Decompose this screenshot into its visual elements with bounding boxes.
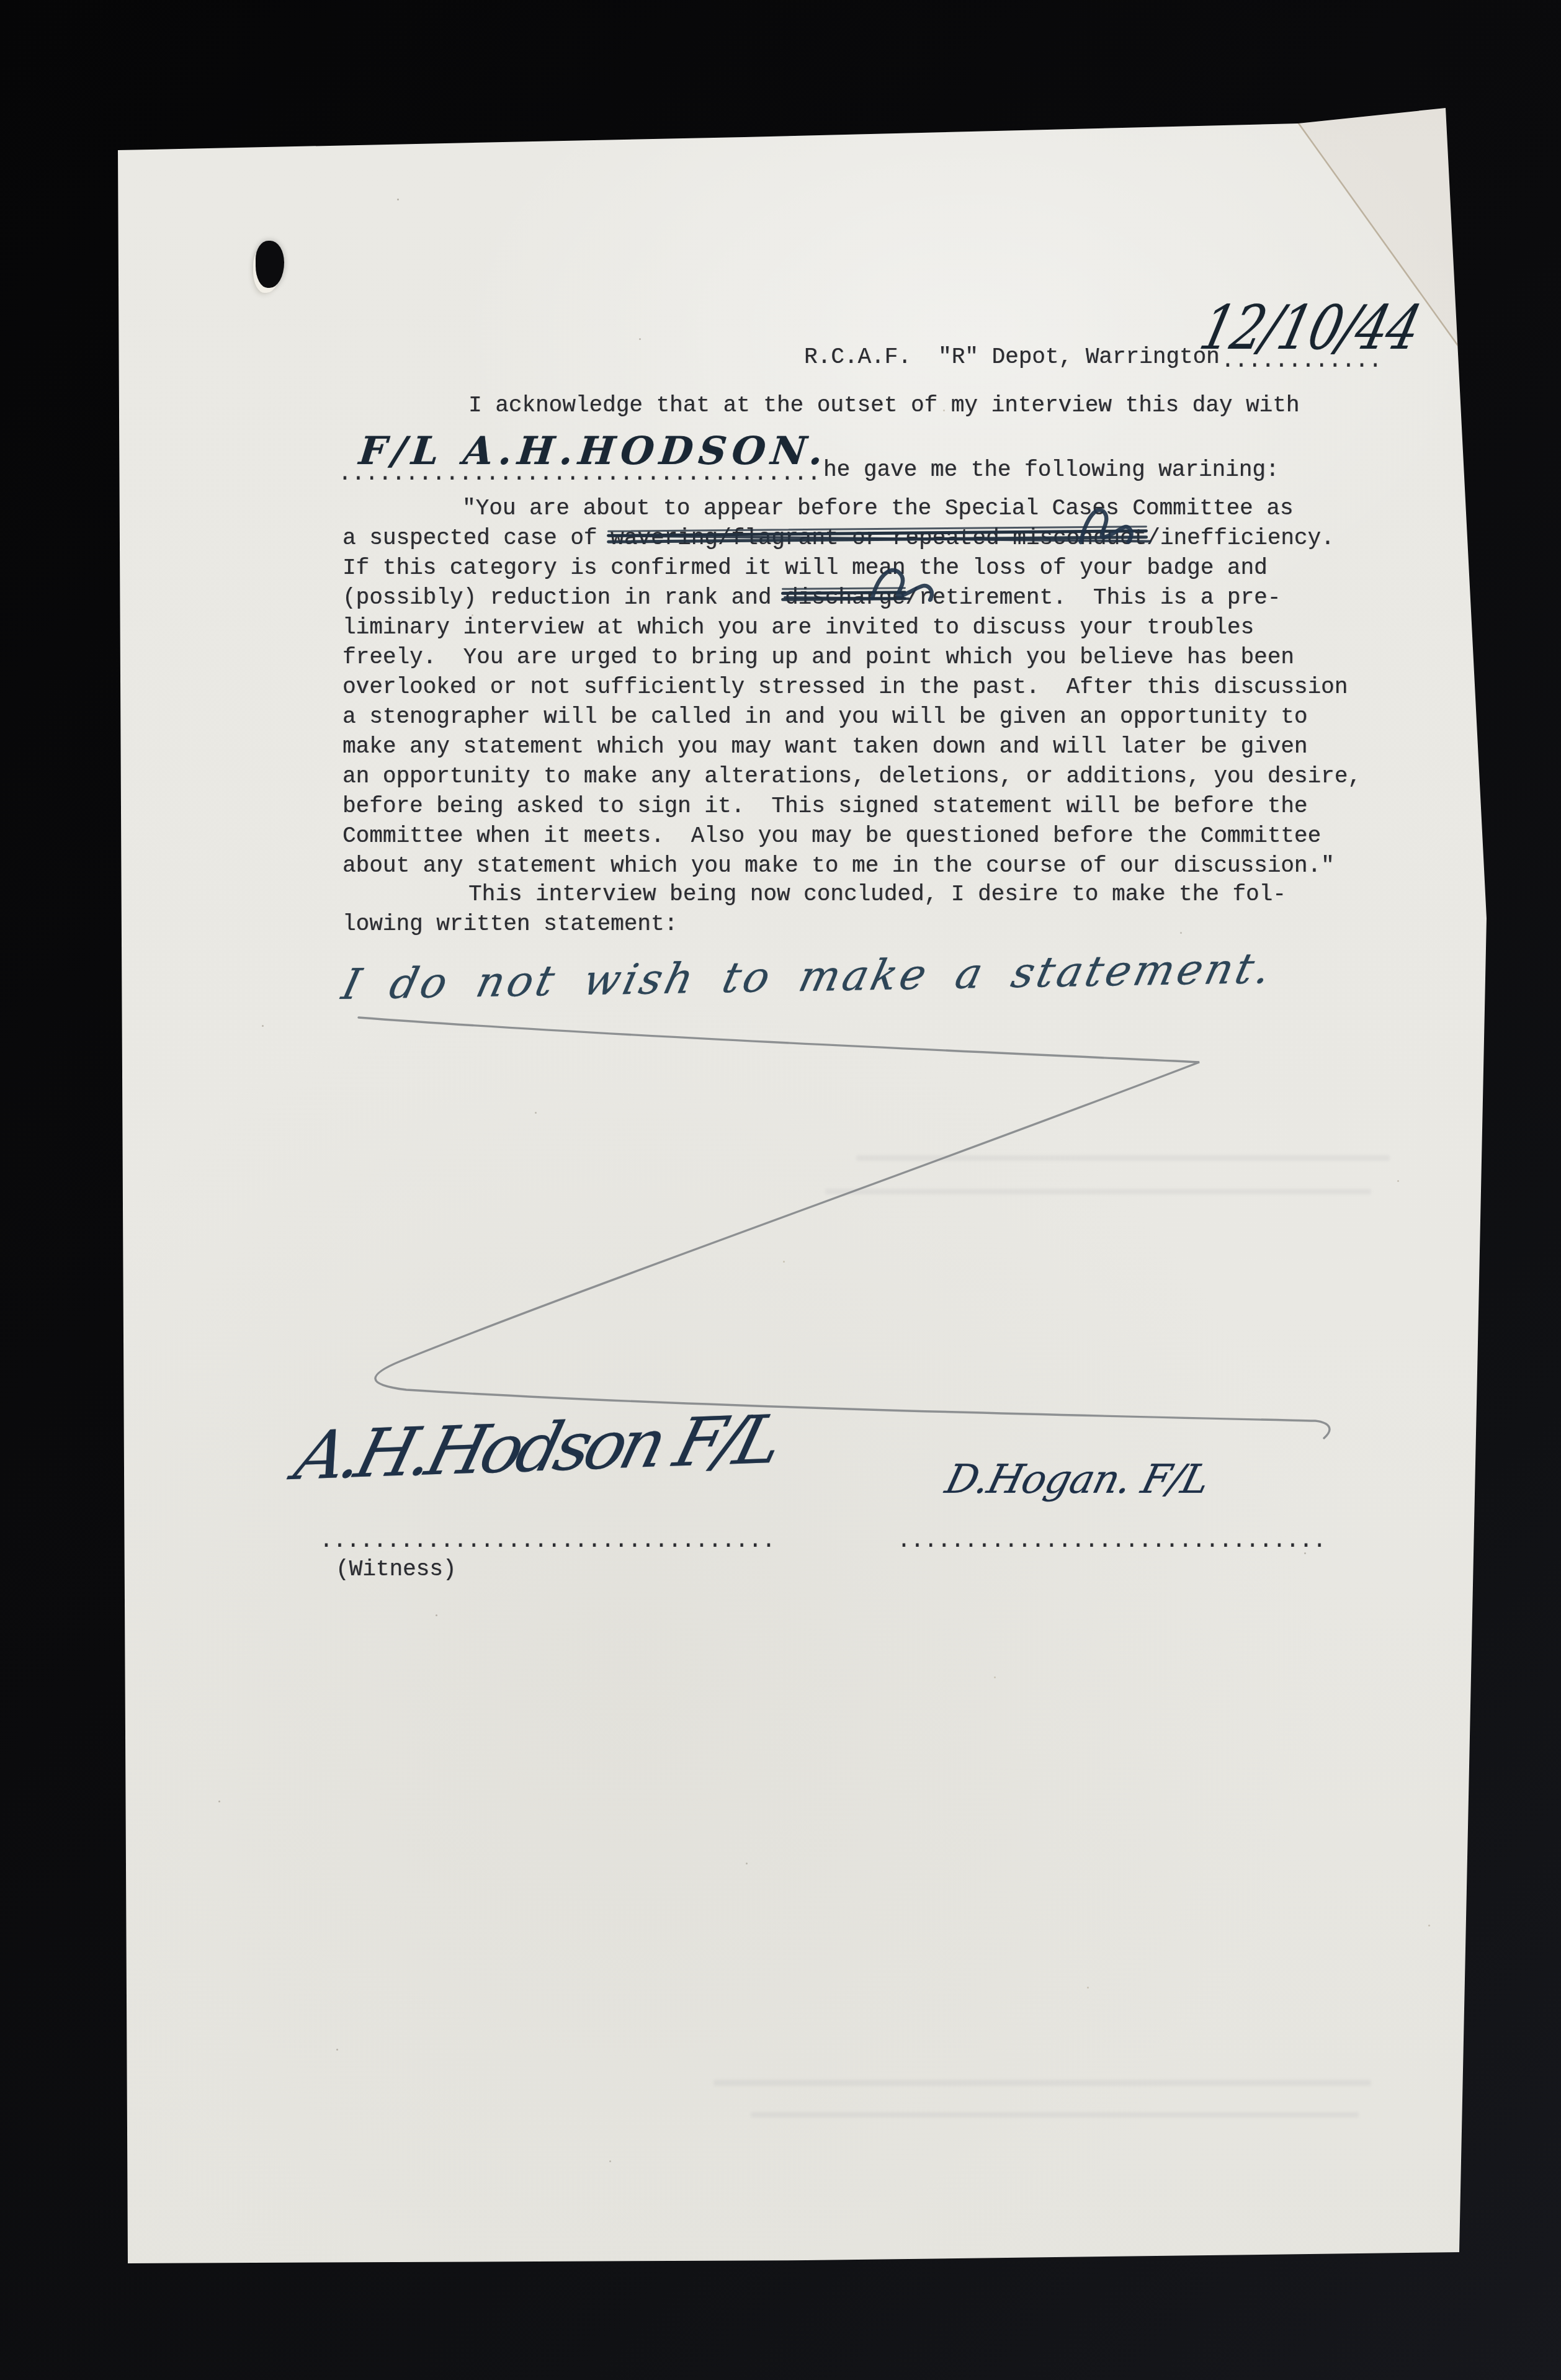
officer-signature: D.Hogan. F/L bbox=[941, 1457, 1214, 1503]
struck-text-misconduct: wavering/flagrant or repeated misconduct bbox=[611, 524, 1147, 553]
closing-line-2: lowing written statement: bbox=[342, 910, 678, 939]
pencil-zigzag-line bbox=[359, 1018, 1330, 1438]
punch-hole bbox=[256, 241, 284, 288]
warning-line-2: a suspected case of wavering/flagrant or… bbox=[342, 524, 1335, 553]
statement-handwritten: I do not wish to make a statement. bbox=[338, 944, 1279, 1009]
fold-crease-shade bbox=[1297, 108, 1468, 447]
header-location: R.C.A.F. "R" Depot, Warrington bbox=[804, 342, 1220, 372]
bleedthrough-line bbox=[825, 1189, 1371, 1194]
warning-line-3: If this category is confirmed it will me… bbox=[342, 553, 1268, 583]
document-page: R.C.A.F. "R" Depot, Warrington .........… bbox=[0, 0, 1561, 2380]
paper-specks bbox=[0, 0, 2, 2]
fold-crease-line-faint bbox=[1459, 347, 1473, 484]
scan-background: R.C.A.F. "R" Depot, Warrington .........… bbox=[0, 0, 1561, 2380]
after-name-text: he gave me the following warining: bbox=[823, 455, 1279, 485]
interviewer-name-handwritten: F/L A.H.HODSON. bbox=[357, 428, 831, 473]
warning-line-6: freely. You are urged to bring up and po… bbox=[342, 643, 1294, 673]
warning-line-12: Committee when it meets. Also you may be… bbox=[342, 821, 1321, 851]
warning-line-1: "You are about to appear before the Spec… bbox=[462, 494, 1293, 524]
warning-line-9: make any statement which you may want ta… bbox=[342, 732, 1307, 762]
warning-line-13: about any statement which you make to me… bbox=[342, 851, 1335, 881]
warning-line-7: overlooked or not sufficiently stressed … bbox=[342, 673, 1348, 702]
warning-line-5: liminary interview at which you are invi… bbox=[342, 613, 1254, 643]
bleedthrough-line bbox=[713, 2080, 1371, 2086]
warning-line-2-pre: a suspected case of bbox=[342, 526, 611, 551]
warning-line-8: a stenographer will be called in and you… bbox=[342, 702, 1307, 732]
warning-line-10: an opportunity to make any alterations, … bbox=[342, 762, 1361, 792]
witness-signature: A.H.Hodson F/L bbox=[288, 1401, 786, 1495]
bleedthrough-line bbox=[856, 1155, 1390, 1161]
warning-line-4-pre: (possibly) reduction in rank and bbox=[342, 585, 785, 611]
bleedthrough-line bbox=[751, 2112, 1359, 2118]
warning-line-4-post: /retirement. This is a pre- bbox=[905, 585, 1281, 611]
warning-line-4: (possibly) reduction in rank and dischar… bbox=[342, 583, 1281, 613]
officer-dotted-line: ................................ bbox=[897, 1526, 1326, 1556]
warning-line-2-post: /inefficiency. bbox=[1147, 526, 1334, 551]
witness-label: (Witness) bbox=[336, 1555, 456, 1585]
acknowledgement-line: I acknowledge that at the outset of my i… bbox=[468, 391, 1299, 421]
witness-dotted-line: .................................. bbox=[320, 1526, 776, 1556]
closing-line-1: This interview being now concluded, I de… bbox=[468, 880, 1286, 910]
warning-line-11: before being asked to sign it. This sign… bbox=[342, 792, 1307, 821]
handwritten-date: 12/10/44 bbox=[1194, 293, 1427, 364]
struck-text-discharge: discharge bbox=[785, 583, 905, 613]
